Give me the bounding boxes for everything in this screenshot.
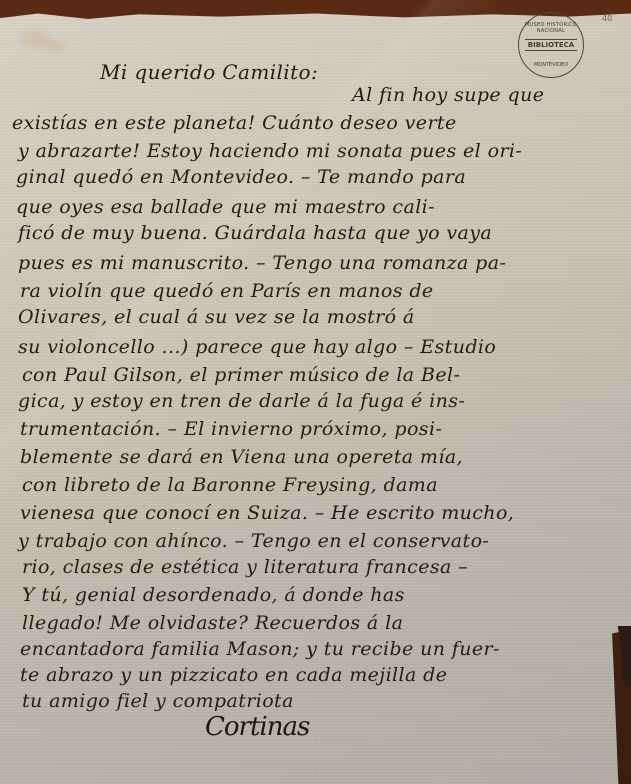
letter-line: Y tú, genial desordenado, á donde has <box>22 584 405 606</box>
letter-line: encantadora familia Mason; y tu recibe u… <box>20 638 500 660</box>
letter-line: gica, y estoy en tren de darle á la fuga… <box>18 390 465 412</box>
letter-line: pues es mi manuscrito. – Tengo una roman… <box>18 252 506 274</box>
letter-line: vienesa que conocí en Suiza. – He escrit… <box>20 502 514 524</box>
letter-line: trumentación. – El invierno próximo, pos… <box>20 418 442 440</box>
signature: Cortinas <box>205 712 309 742</box>
letter-line: con Paul Gilson, el primer músico de la … <box>22 364 460 386</box>
letter-line: blemente se dará en Viena una opereta mí… <box>20 446 463 468</box>
letter-line: ginal quedó en Montevideo. – Te mando pa… <box>16 166 466 188</box>
letter-line: ra violín que quedó en París en manos de <box>20 280 434 302</box>
letter-line: rio, clases de estética y literatura fra… <box>22 556 468 578</box>
letter-line: con libreto de la Baronne Freysing, dama <box>22 474 438 496</box>
photo-background: MUSEO HISTÓRICO NACIONAL BIBLIOTECA MONT… <box>0 0 631 784</box>
letter-line: tu amigo fiel y compatriota <box>22 690 294 712</box>
letter-line: llegado! Me olvidaste? Recuerdos á la <box>22 612 403 634</box>
letter-line: Al fin hoy supe que <box>352 84 544 106</box>
letter-line: y trabajo con ahínco. – Tengo en el cons… <box>18 530 489 552</box>
letter-line: existías en este planeta! Cuánto deseo v… <box>12 112 457 134</box>
letter-line: su violoncello ...) parece que hay algo … <box>18 336 496 358</box>
letter-line: ficó de muy buena. Guárdala hasta que yo… <box>18 222 492 244</box>
letter-line: que oyes esa ballade que mi maestro cali… <box>16 196 435 218</box>
letter-line: te abrazo y un pizzicato en cada mejilla… <box>20 664 447 686</box>
letter-line: y abrazarte! Estoy haciendo mi sonata pu… <box>18 140 522 162</box>
letter-salutation: Mi querido Camilito: <box>100 60 318 84</box>
letter-line: Olivares, el cual á su vez se la mostró … <box>18 306 415 328</box>
letter-body: Mi querido Camilito: Al fin hoy supe que… <box>0 0 631 784</box>
